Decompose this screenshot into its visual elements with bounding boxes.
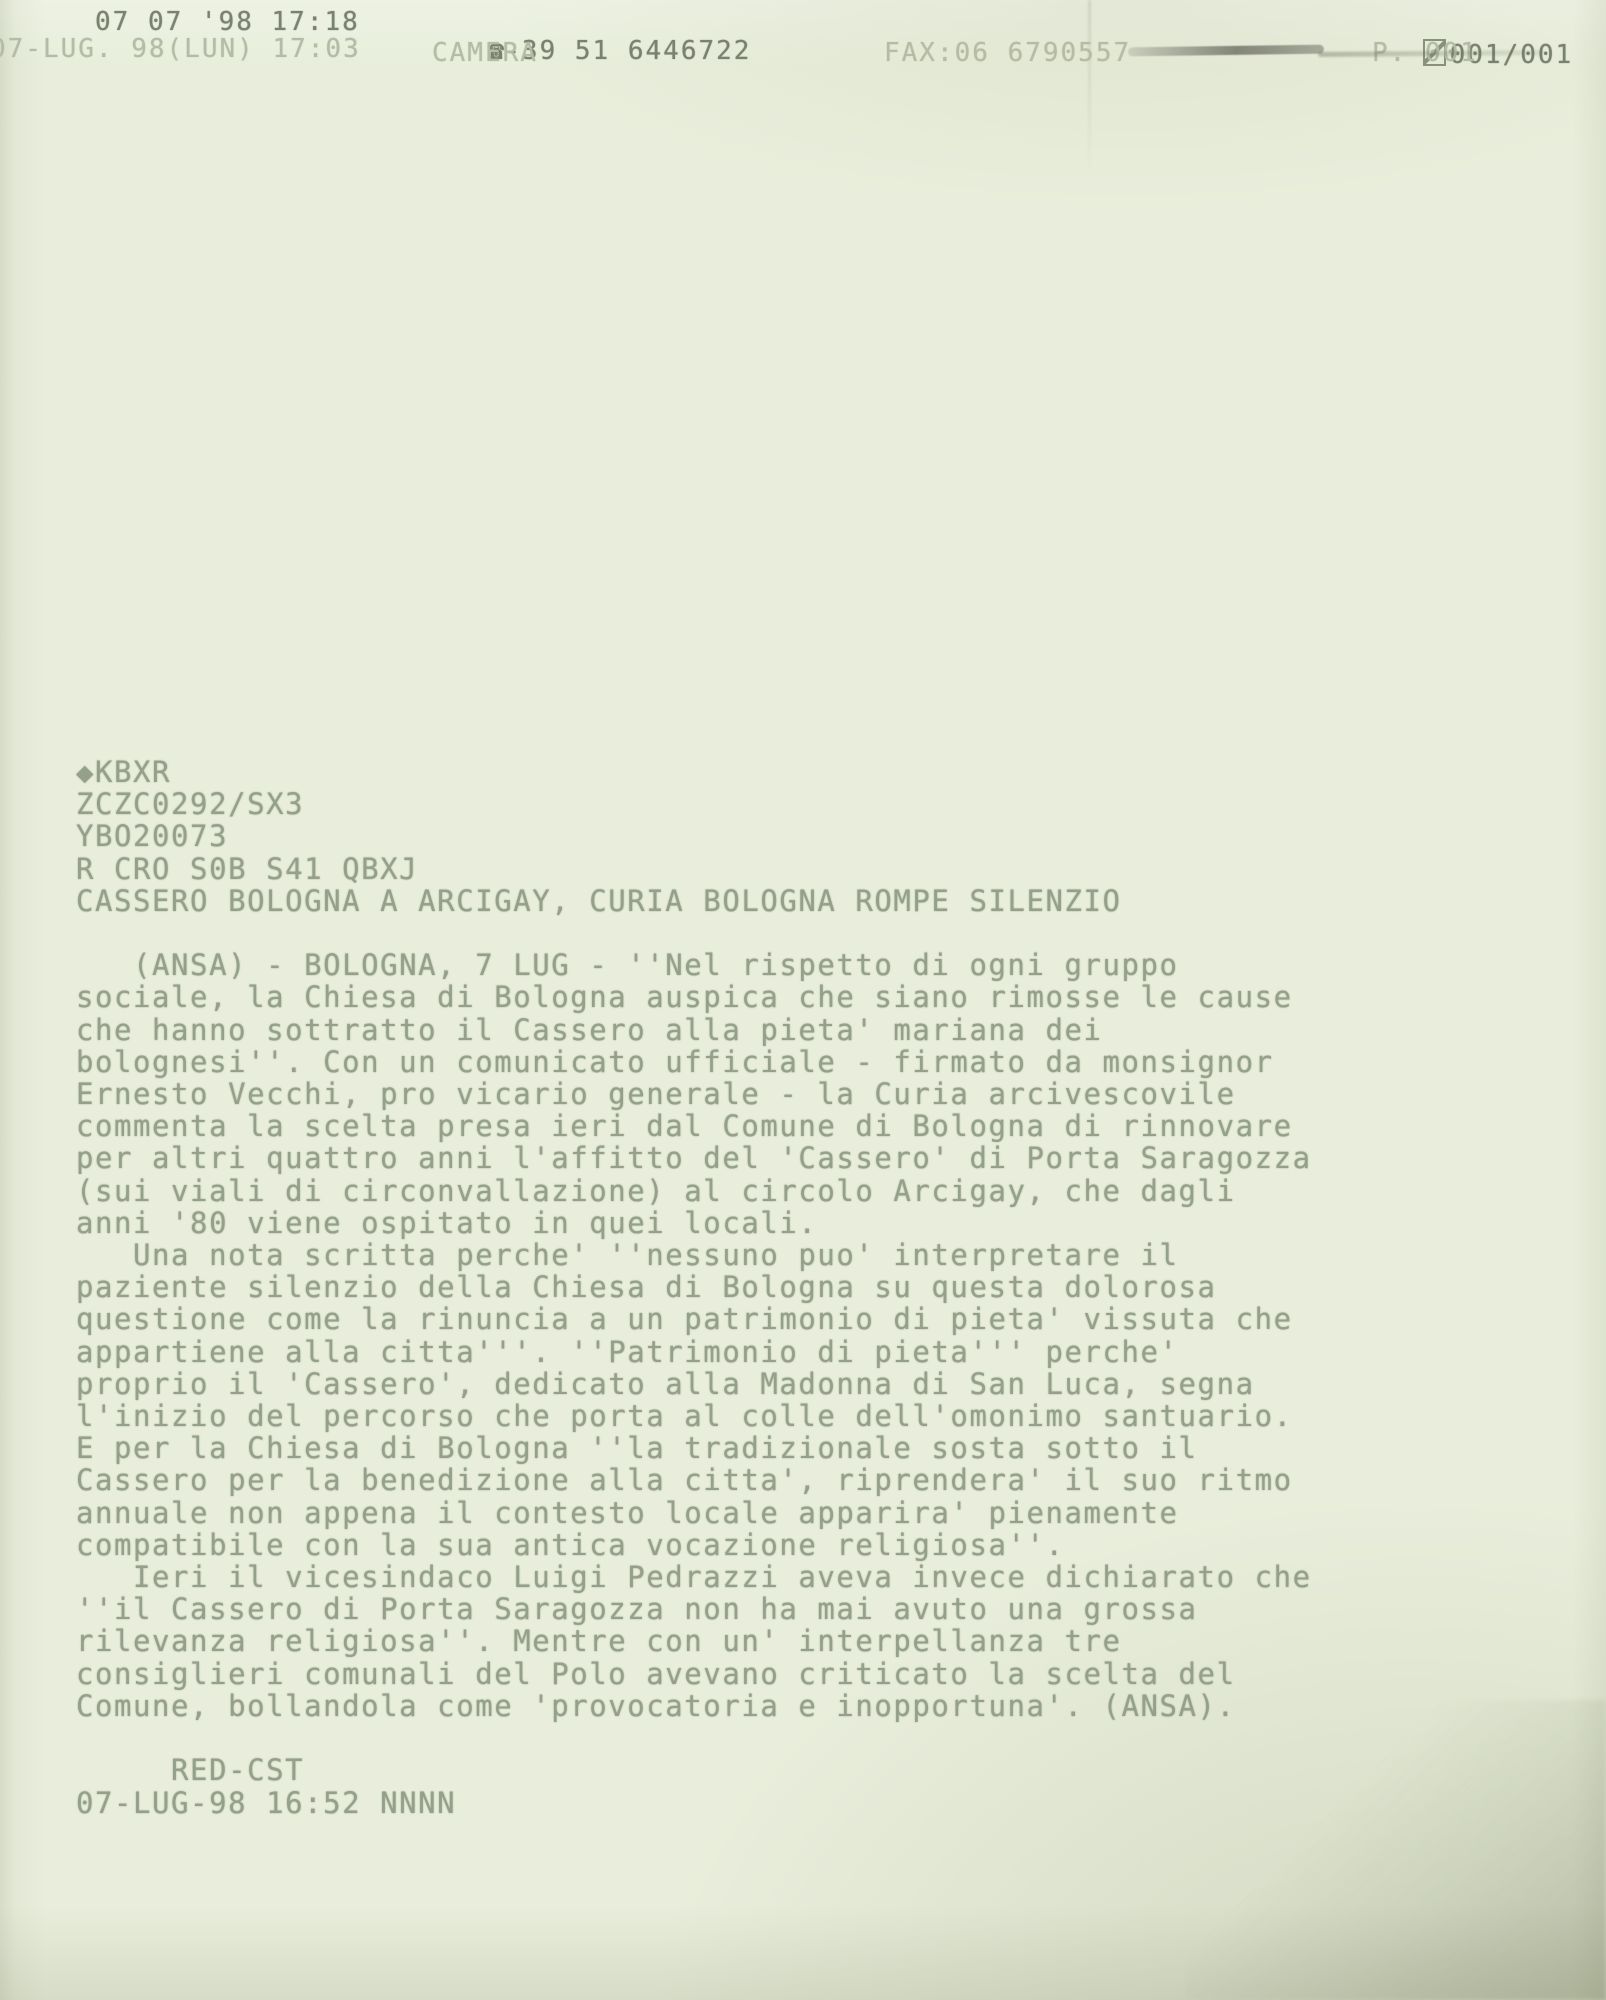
fax-page: 07 07 '98 17:18 ☎-39 51 6446722 001/001 …	[0, 0, 1606, 2000]
paper-crease	[1088, 0, 1091, 200]
wire-article-text: ◆KBXR ZCZC0292/SX3 YBO20073 R CRO S0B S4…	[76, 756, 1312, 1819]
fax-receiver-number: FAX:06 6790557	[884, 38, 1131, 68]
fax-sender-phone-number: -39 51 6446722	[504, 36, 751, 66]
fax-sent-timestamp: 07 07 '98 17:18	[95, 7, 360, 37]
toner-smudge	[1128, 45, 1324, 57]
fax-received-timestamp: 07-LUG. 98(LUN) 17:03	[0, 34, 361, 64]
fax-station-name: CAMERA	[432, 38, 538, 68]
